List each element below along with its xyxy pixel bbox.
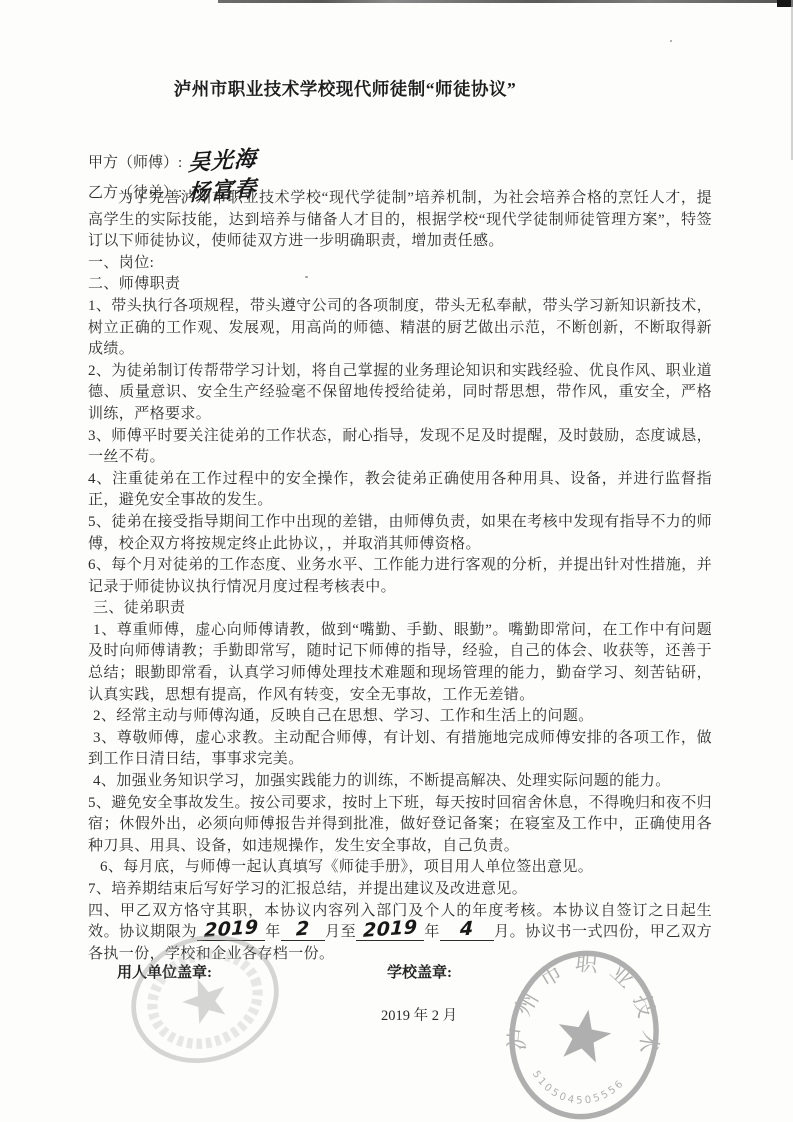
master-duty-item: 2、为徒弟制订传帮带学习计划，将自己掌握的业务理论知识和实践经验、优良作风、职业… — [88, 361, 712, 426]
master-duty-item: 5、徒弟在接受指导期间工作中出现的差错，由师傅负责，如果在考核中发现有指导不力的… — [88, 512, 712, 555]
intro-paragraph: 为了完善泸州市职业技术学校“现代学徒制”培养机制，为社会培养合格的烹饪人才，提高… — [88, 188, 712, 253]
scanned-agreement-page: 泸州市职业技术学校现代师徒制“师徒协议” 甲方（师傅）:吴光海 乙方（徒弟）:杨… — [0, 0, 793, 1122]
agreement-body: 为了完善泸州市职业技术学校“现代学徒制”培养机制，为社会培养合格的烹饪人才，提高… — [88, 188, 712, 965]
apprentice-duty-item: 4、加强业务知识学习，加强实践能力的训练，不断提高解决、处理实际问题的能力。 — [88, 771, 712, 793]
apprentice-duty-item: 7、培养期结束后写好学习的汇报总结，并提出建议及改进意见。 — [88, 879, 712, 901]
section-3-heading: 三、徒弟职责 — [88, 598, 712, 620]
master-duty-item: 1、带头执行各项规程，带头遵守公司的各项制度，带头无私奉献，带头学习新知识新技术… — [88, 296, 712, 361]
svg-text:泸州市职业技术学校: 泸州市职业技术学校 — [506, 946, 662, 1076]
school-seal: 泸州市职业技术学校 5105045055567 — [506, 946, 662, 1122]
apprentice-duty-item: 2、经常主动与师傅沟通，反映自己在思想、学习、工作和生活上的问题。 — [88, 706, 712, 728]
apprentice-duty-item: 5、避免安全事故发生。按公司要求，按时上下班，每天按时回宿舍休息，不得晚归和夜不… — [88, 793, 712, 858]
employer-company-seal — [126, 930, 284, 1068]
apprentice-duty-item: 3、尊敬师傅，虚心求教。主动配合师傅，有计划、有措施地完成师傅安排的各项工作，做… — [88, 728, 712, 771]
month-to-unit: 月至 — [325, 924, 356, 940]
master-duty-item: 3、师傅平时要关注徒弟的工作状态，耐心指导，发现不足及时提醒，及时鼓励，态度诚恳… — [88, 426, 712, 469]
master-duty-item: 4、注重徒弟在工作过程中的安全操作，教会徒弟正确使用各种用具、设备，并进行监督指… — [88, 469, 712, 512]
party-a-label: 甲方（师傅）: — [88, 155, 182, 171]
start-month-blank: 2 — [281, 922, 325, 941]
school-seal-label: 学校盖章: — [387, 961, 452, 982]
signature-date: 2019 年 2 月 — [381, 1004, 457, 1025]
star-icon — [553, 1005, 614, 1064]
end-year-value: 2019 — [363, 919, 418, 939]
end-month-value: 4 — [460, 921, 474, 938]
master-duty-item: 6、每个月对徒弟的工作态度、业务水平、工作能力进行客观的分析，并提出针对性措施，… — [88, 555, 712, 598]
star-icon — [177, 971, 234, 1027]
end-month-blank: 4 — [440, 922, 494, 941]
year-unit: 年 — [424, 924, 440, 940]
apprentice-duty-item: 1、尊重师傅，虚心向师傅请教，做到“嘴勤、手勤、眼勤”。嘴勤即常问，在工作中有问… — [88, 620, 712, 706]
party-a-signature: 吴光海 — [188, 146, 258, 178]
scan-artifact-top-line — [218, 0, 793, 3]
party-a-line: 甲方（师傅）:吴光海 — [88, 147, 257, 177]
section-1-heading: 一、岗位: — [88, 253, 712, 275]
school-seal-text: 泸州市职业技术学校 — [506, 946, 662, 1076]
apprentice-duty-item: 6、每月底，与师傅一起认真填写《师徒手册》，项目用人单位签出意见。 — [88, 857, 712, 879]
end-year-blank: 2019 — [356, 922, 424, 941]
start-month-value: 2 — [296, 921, 310, 938]
section-2-heading: 二、师傅职责 — [88, 274, 712, 296]
document-title: 泸州市职业技术学校现代师徒制“师徒协议” — [0, 76, 690, 101]
scan-speck — [670, 40, 672, 42]
